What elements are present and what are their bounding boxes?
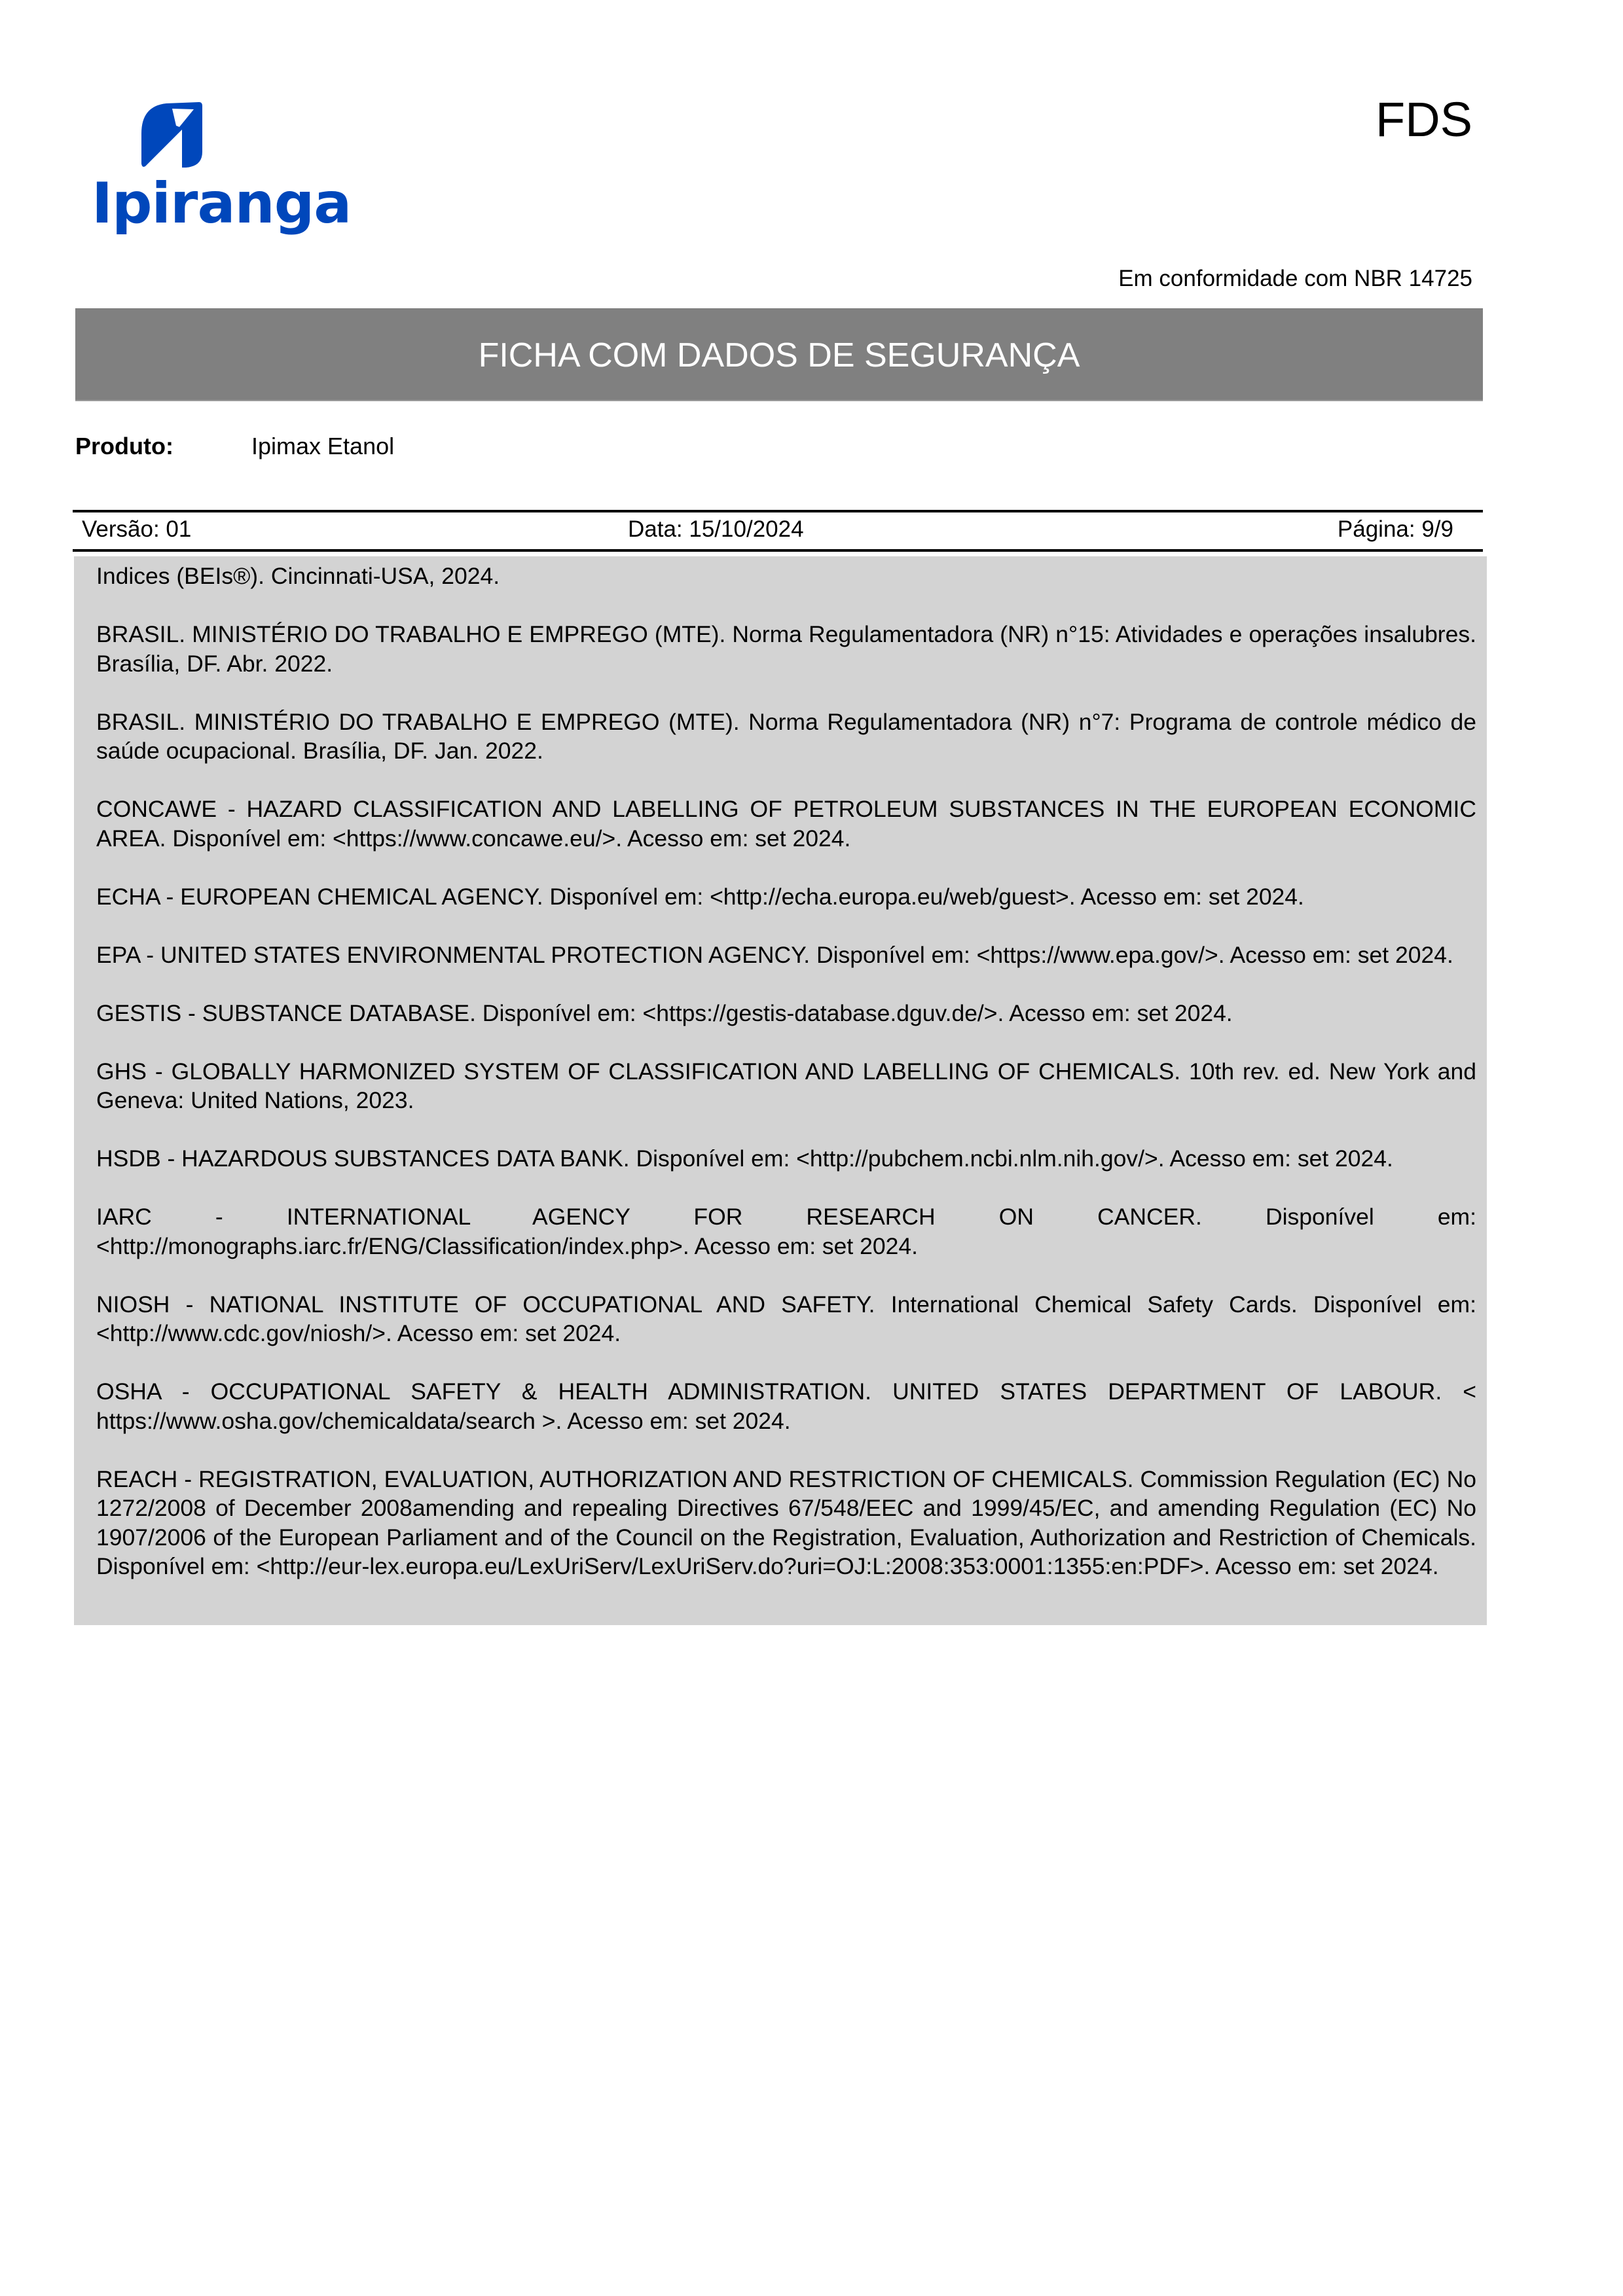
reference-item: GHS - GLOBALLY HARMONIZED SYSTEM OF CLAS… xyxy=(96,1057,1476,1115)
page-number: Página: 9/9 xyxy=(1338,518,1453,541)
document-code: FDS xyxy=(1376,96,1472,144)
reference-item: CONCAWE - HAZARD CLASSIFICATION AND LABE… xyxy=(96,795,1476,853)
date-label: Data: 15/10/2024 xyxy=(628,518,804,541)
version-label: Versão: 01 xyxy=(82,518,191,541)
document-meta-row: Versão: 01 Data: 15/10/2024 Página: 9/9 xyxy=(73,510,1483,552)
reference-item: REACH - REGISTRATION, EVALUATION, AUTHOR… xyxy=(96,1465,1476,1581)
reference-item: BRASIL. MINISTÉRIO DO TRABALHO E EMPREGO… xyxy=(96,620,1476,678)
reference-item: GESTIS - SUBSTANCE DATABASE. Disponível … xyxy=(96,999,1476,1028)
reference-item: EPA - UNITED STATES ENVIRONMENTAL PROTEC… xyxy=(96,941,1476,970)
reference-item: ECHA - EUROPEAN CHEMICAL AGENCY. Disponí… xyxy=(96,882,1476,912)
product-value: Ipimax Etanol xyxy=(251,435,394,458)
reference-item: Indices (BEIs®). Cincinnati-USA, 2024. xyxy=(96,562,1476,591)
reference-item: OSHA - OCCUPATIONAL SAFETY & HEALTH ADMI… xyxy=(96,1377,1476,1435)
references-section: Indices (BEIs®). Cincinnati-USA, 2024. B… xyxy=(74,556,1487,1625)
brand-logo: Ipiranga xyxy=(90,98,254,239)
title-banner: FICHA COM DADOS DE SEGURANÇA xyxy=(75,308,1483,401)
ipiranga-logo-icon xyxy=(140,101,203,169)
product-label: Produto: xyxy=(75,435,173,458)
reference-item: NIOSH - NATIONAL INSTITUTE OF OCCUPATION… xyxy=(96,1290,1476,1348)
brand-wordmark: Ipiranga xyxy=(92,175,351,232)
reference-item: BRASIL. MINISTÉRIO DO TRABALHO E EMPREGO… xyxy=(96,708,1476,766)
reference-item: IARC - INTERNATIONAL AGENCY FOR RESEARCH… xyxy=(96,1202,1476,1261)
document-title: FICHA COM DADOS DE SEGURANÇA xyxy=(479,336,1080,372)
compliance-note: Em conformidade com NBR 14725 xyxy=(1118,267,1472,290)
reference-item: HSDB - HAZARDOUS SUBSTANCES DATA BANK. D… xyxy=(96,1144,1476,1174)
